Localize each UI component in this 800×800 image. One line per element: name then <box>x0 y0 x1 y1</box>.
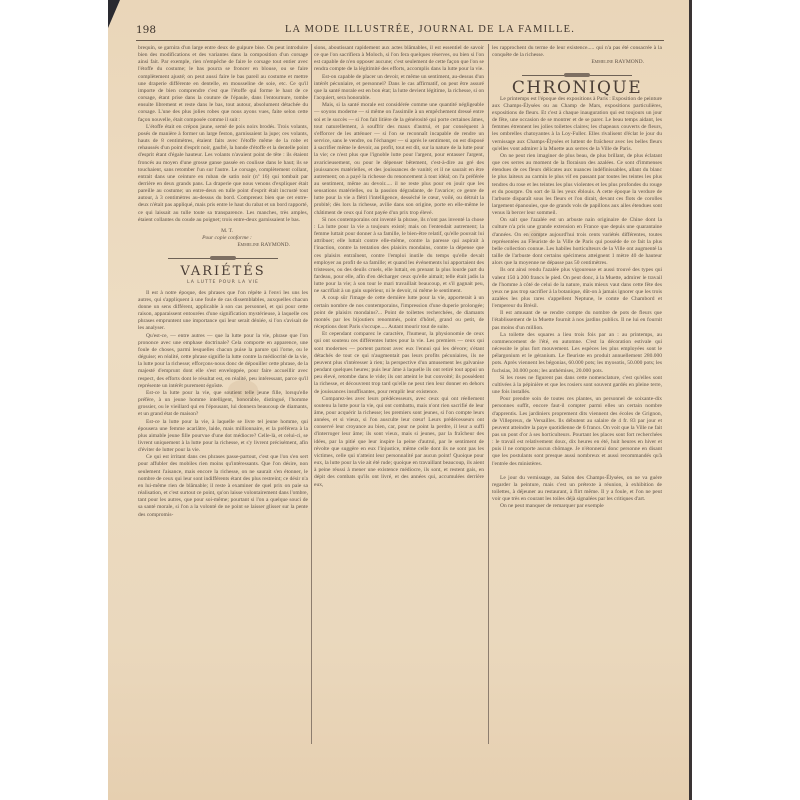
signature: Emmeline RAYMOND. <box>492 59 662 66</box>
paragraph: La toilette des squares a lieu trois foi… <box>492 332 662 375</box>
paragraph: On sait que l'azalée est un arbuste nain… <box>492 217 662 267</box>
paragraph: Il est à notre époque, des phrases que l… <box>138 290 308 333</box>
section-title-varietes: VARIÉTÉS <box>138 268 308 275</box>
paragraph: Le printemps est l'époque des exposition… <box>492 96 662 153</box>
paragraph: Ce qui est irritant dans ces phrases pas… <box>138 454 308 518</box>
running-title: LA MODE ILLUSTRÉE, JOURNAL DE LA FAMILLE… <box>196 24 664 35</box>
column-divider <box>488 44 489 744</box>
paragraph: Qu'est-ce, — entre autres — que la lutte… <box>138 333 308 390</box>
paragraph: Ils ont ainsi rendu l'azalée plus vigour… <box>492 267 662 310</box>
paragraph: les rapprochent du terme de leur existen… <box>492 45 662 59</box>
copy-note: Pour copie conforme : <box>138 235 308 242</box>
paragraph: sions, aboutissant rapidement aux actes … <box>314 45 484 74</box>
paragraph: A coup sûr l'image de cette dernière lut… <box>314 295 484 331</box>
magazine-page: 198 LA MODE ILLUSTRÉE, JOURNAL DE LA FAM… <box>108 0 690 800</box>
section-title-chronique: CHRONIQUE <box>492 85 662 92</box>
paragraph: Il est amusant de se rendre compte du no… <box>492 310 662 331</box>
paragraph: On ne peut manquer de remarquer par exem… <box>492 503 662 510</box>
paragraph: Et cependant comparez le caractère, l'hu… <box>314 331 484 395</box>
paragraph: Si nos contemporains ont inventé la phra… <box>314 217 484 296</box>
paragraph: Est-on capable de placer un devoir, et m… <box>314 74 484 103</box>
paragraph: brequin, se garnira d'un large entre deu… <box>138 45 308 124</box>
page-number: 198 <box>136 24 156 36</box>
author-initials: M. T. <box>138 228 308 235</box>
page-corner-shadow <box>108 0 120 28</box>
paragraph: Est-ce la lutte pour la vie, à laquelle … <box>138 419 308 455</box>
section-break <box>492 468 662 475</box>
column-divider <box>311 44 312 744</box>
section-subtitle: LA LUTTE POUR LA VIE <box>138 279 308 286</box>
column-2: sions, aboutissant rapidement aux actes … <box>314 45 484 489</box>
column-3: les rapprochent du terme de leur existen… <box>492 45 662 511</box>
paragraph: Comparez-les avec leurs prédécesseurs, a… <box>314 396 484 489</box>
page-edge <box>689 0 692 800</box>
paragraph: L'étoffe était en crépon jaune, semé de … <box>138 124 308 224</box>
signature: Emmeline RAYMOND. <box>138 242 308 249</box>
paragraph: Si les roses ne figurent pas dans cette … <box>492 375 662 396</box>
paragraph: Mais, si la santé morale est considérée … <box>314 102 484 217</box>
ornamental-divider <box>522 72 632 78</box>
paragraph: Est-ce la lutte pour la vie, que soutien… <box>138 390 308 419</box>
page-header: 198 LA MODE ILLUSTRÉE, JOURNAL DE LA FAM… <box>136 24 664 41</box>
paragraph: Pour prendre soin de toutes ces plantes,… <box>492 396 662 468</box>
paragraph: On ne peut rien imaginer de plus beau, d… <box>492 153 662 217</box>
ornamental-divider <box>168 255 278 261</box>
column-1: brequin, se garnira d'un large entre deu… <box>138 45 308 519</box>
paragraph: Le jour du vernissage, au Salon des Cham… <box>492 475 662 504</box>
